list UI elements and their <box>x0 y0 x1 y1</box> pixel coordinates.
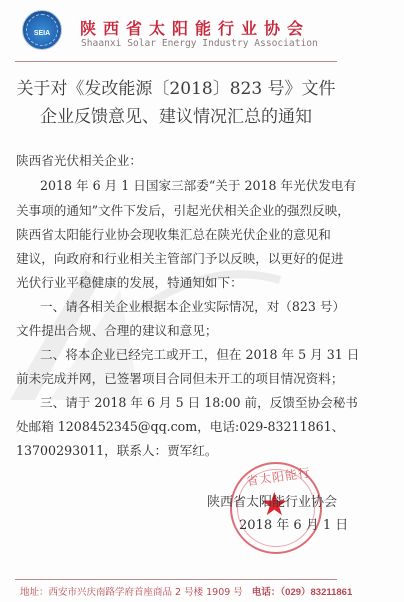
body-line: 光伏行业平稳健康的发展，特通知如下： <box>16 272 243 291</box>
body-line: 处邮箱 1208452345@qq.com，电话:029-83211861、 <box>16 416 344 435</box>
document-title-line1: 关于对《发改能源〔2018〕823 号》文件 <box>0 74 352 99</box>
list-item-1: 一、请各相关企业根据本企业实际情况，对（823 号） <box>40 296 345 315</box>
footer-contact: 地址：西安市兴庆南路学府首座商品 2 号楼 1909 号 电话：（029）832… <box>20 584 352 598</box>
org-name-en: Shaanxi Solar Energy Industry Associatio… <box>81 38 318 49</box>
body-line: 关事项的通知”文件下发后，引起光伏相关企业的强烈反映， <box>16 200 350 219</box>
document-title-line2: 企业反馈意见、建议情况汇总的通知 <box>0 102 352 127</box>
list-item-2: 二、将本企业已经完工或开工，但在 2018 年 5 月 31 日 <box>40 344 359 363</box>
body-line: 建议，向政府和行业相关主管部门予以反映，以更好的促进 <box>16 248 343 267</box>
salutation: 陕西省光伏相关企业： <box>16 150 142 169</box>
letterhead: SEIA 陕西省太阳能行业协会 Shaanxi Solar Energy Ind… <box>0 0 404 60</box>
body-line: 前未完成并网，已签署项目合同但未开工的项目情况资料； <box>16 368 343 387</box>
footer-phone: 电话：（029）83211861 <box>252 587 352 598</box>
header-divider <box>15 61 337 62</box>
logo-text: SEIA <box>23 30 61 37</box>
body-line: 13700293011，联系人：贾军红。 <box>16 440 217 459</box>
signature-org: 陕西省太阳能行业协会 <box>207 491 337 510</box>
signature-date: 2018 年 6 月 1 日 <box>239 514 348 533</box>
body-line: 文件提出合规、合理的建议和意见； <box>16 320 218 339</box>
body-line: 陕西省太阳能行业协会现收集汇总在陕光伏企业的意见和 <box>16 224 331 243</box>
body-line: 2018 年 6 月 1 日国家三部委“关于 2018 年光伏发电有 <box>40 175 356 194</box>
org-name-cn: 陕西省太阳能行业协会 <box>80 16 310 39</box>
footer-divider <box>15 579 337 580</box>
document-page: SEIA 陕西省太阳能行业协会 Shaanxi Solar Energy Ind… <box>0 0 404 602</box>
footer-address: 地址：西安市兴庆南路学府首座商品 2 号楼 1909 号 <box>20 587 243 598</box>
association-logo-icon: SEIA <box>22 10 62 50</box>
list-item-3: 三、请于 2018 年 6 月 5 日 18:00 前，反馈至协会秘书 <box>40 392 358 411</box>
